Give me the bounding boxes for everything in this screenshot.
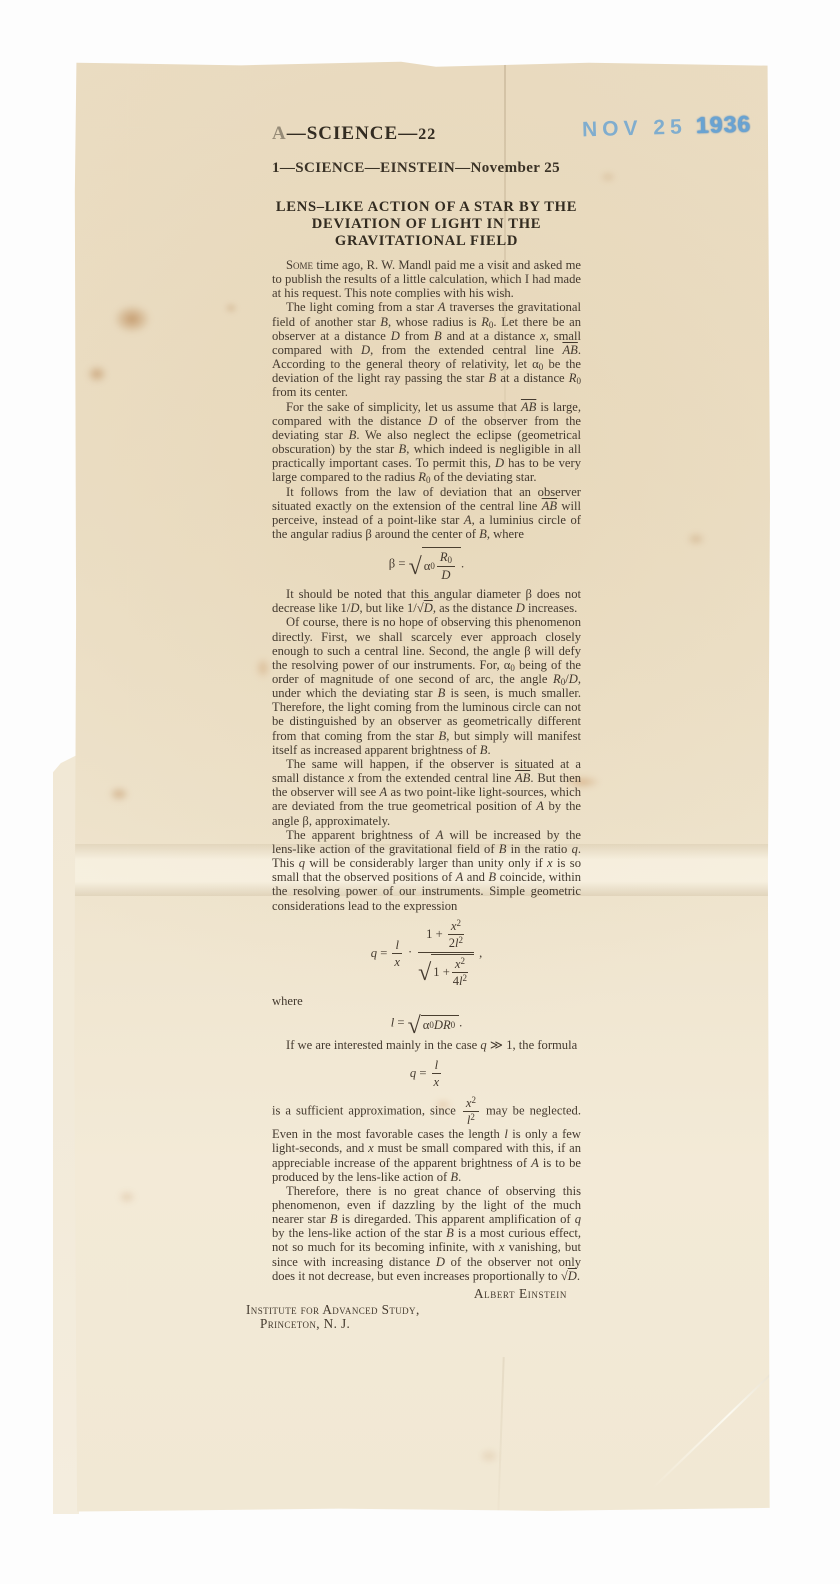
stain-spot <box>252 653 274 683</box>
stain-spot <box>596 169 620 185</box>
stain-spot <box>682 529 710 549</box>
article-title-line2: DEVIATION OF LIGHT IN THE <box>272 216 581 233</box>
stain-spot <box>114 1187 140 1207</box>
stain-spot <box>106 299 158 339</box>
stain-spot <box>222 301 240 315</box>
formula-q-full: q = lx·1 + x22l2√1 + x24l2 , <box>272 919 581 989</box>
author-signature: Albert Einstein <box>272 1287 581 1301</box>
paragraph-no-hope: Of course, there is no hope of observing… <box>272 615 581 757</box>
paragraph-case-q: If we are interested mainly in the case … <box>272 1038 581 1052</box>
where-label: where <box>272 994 581 1008</box>
paragraph-approximation: is a sufficient approximation, since x2l… <box>272 1096 581 1184</box>
text-column: A—SCIENCE—22 1—SCIENCE—EINSTEIN—November… <box>272 123 581 1331</box>
stain-spot <box>474 1445 504 1467</box>
stain-spot <box>104 783 134 805</box>
paragraph-apparent-brightness: The apparent brightness of A will be inc… <box>272 828 581 913</box>
paragraph-simplicity: For the sake of simplicity, let us assum… <box>272 400 581 485</box>
article-title-line1: LENS–LIKE ACTION OF A STAR BY THE <box>272 199 581 216</box>
diagonal-corner-crease <box>651 1339 807 1490</box>
galley-label-number: 22 <box>418 126 436 143</box>
bottom-fold-crease <box>497 1357 504 1513</box>
galley-label: A—SCIENCE—22 <box>272 123 581 145</box>
article-body: Some time ago, R. W. Mandl paid me a vis… <box>272 258 581 1331</box>
paragraph-intro: Some time ago, R. W. Mandl paid me a vis… <box>272 258 581 300</box>
stamp-year-text: 1936 <box>695 111 751 139</box>
photo-backdrop: NOV 251936 A—SCIENCE—22 1—SCIENCE—EINSTE… <box>0 0 840 1584</box>
formula-q-simple: q = lx <box>272 1058 581 1090</box>
galley-slug-line: 1—SCIENCE—EINSTEIN—November 25 <box>272 160 581 177</box>
affiliation-institute: Institute for Advanced Study, <box>246 1303 581 1317</box>
paragraph-law-of-deviation: It follows from the law of deviation tha… <box>272 485 581 542</box>
affiliation-city: Princeton, N. J. <box>260 1317 581 1331</box>
paragraph-conclusion: Therefore, there is no great chance of o… <box>272 1184 581 1283</box>
stamp-date-text: NOV 25 <box>582 115 687 141</box>
galley-label-prefix: A <box>272 123 287 144</box>
galley-label-rest: —SCIENCE— <box>287 123 418 144</box>
formula-beta: β = √α0R0D. <box>272 547 581 582</box>
article-title-line3: GRAVITATIONAL FIELD <box>272 233 581 250</box>
galley-proof-sheet: NOV 251936 A—SCIENCE—22 1—SCIENCE—EINSTE… <box>74 61 770 1513</box>
paragraph-angular-diameter: It should be noted that this angular dia… <box>272 587 581 615</box>
paragraph-same-will-happen: The same will happen, if the observer is… <box>272 757 581 828</box>
paragraph-setup: The light coming from a star A traverses… <box>272 300 581 399</box>
stain-spot <box>82 361 112 387</box>
formula-l-definition: l = √α0DR0. <box>272 1014 581 1033</box>
received-date-stamp: NOV 251936 <box>582 111 752 143</box>
article-title: LENS–LIKE ACTION OF A STAR BY THE DEVIAT… <box>272 199 581 250</box>
